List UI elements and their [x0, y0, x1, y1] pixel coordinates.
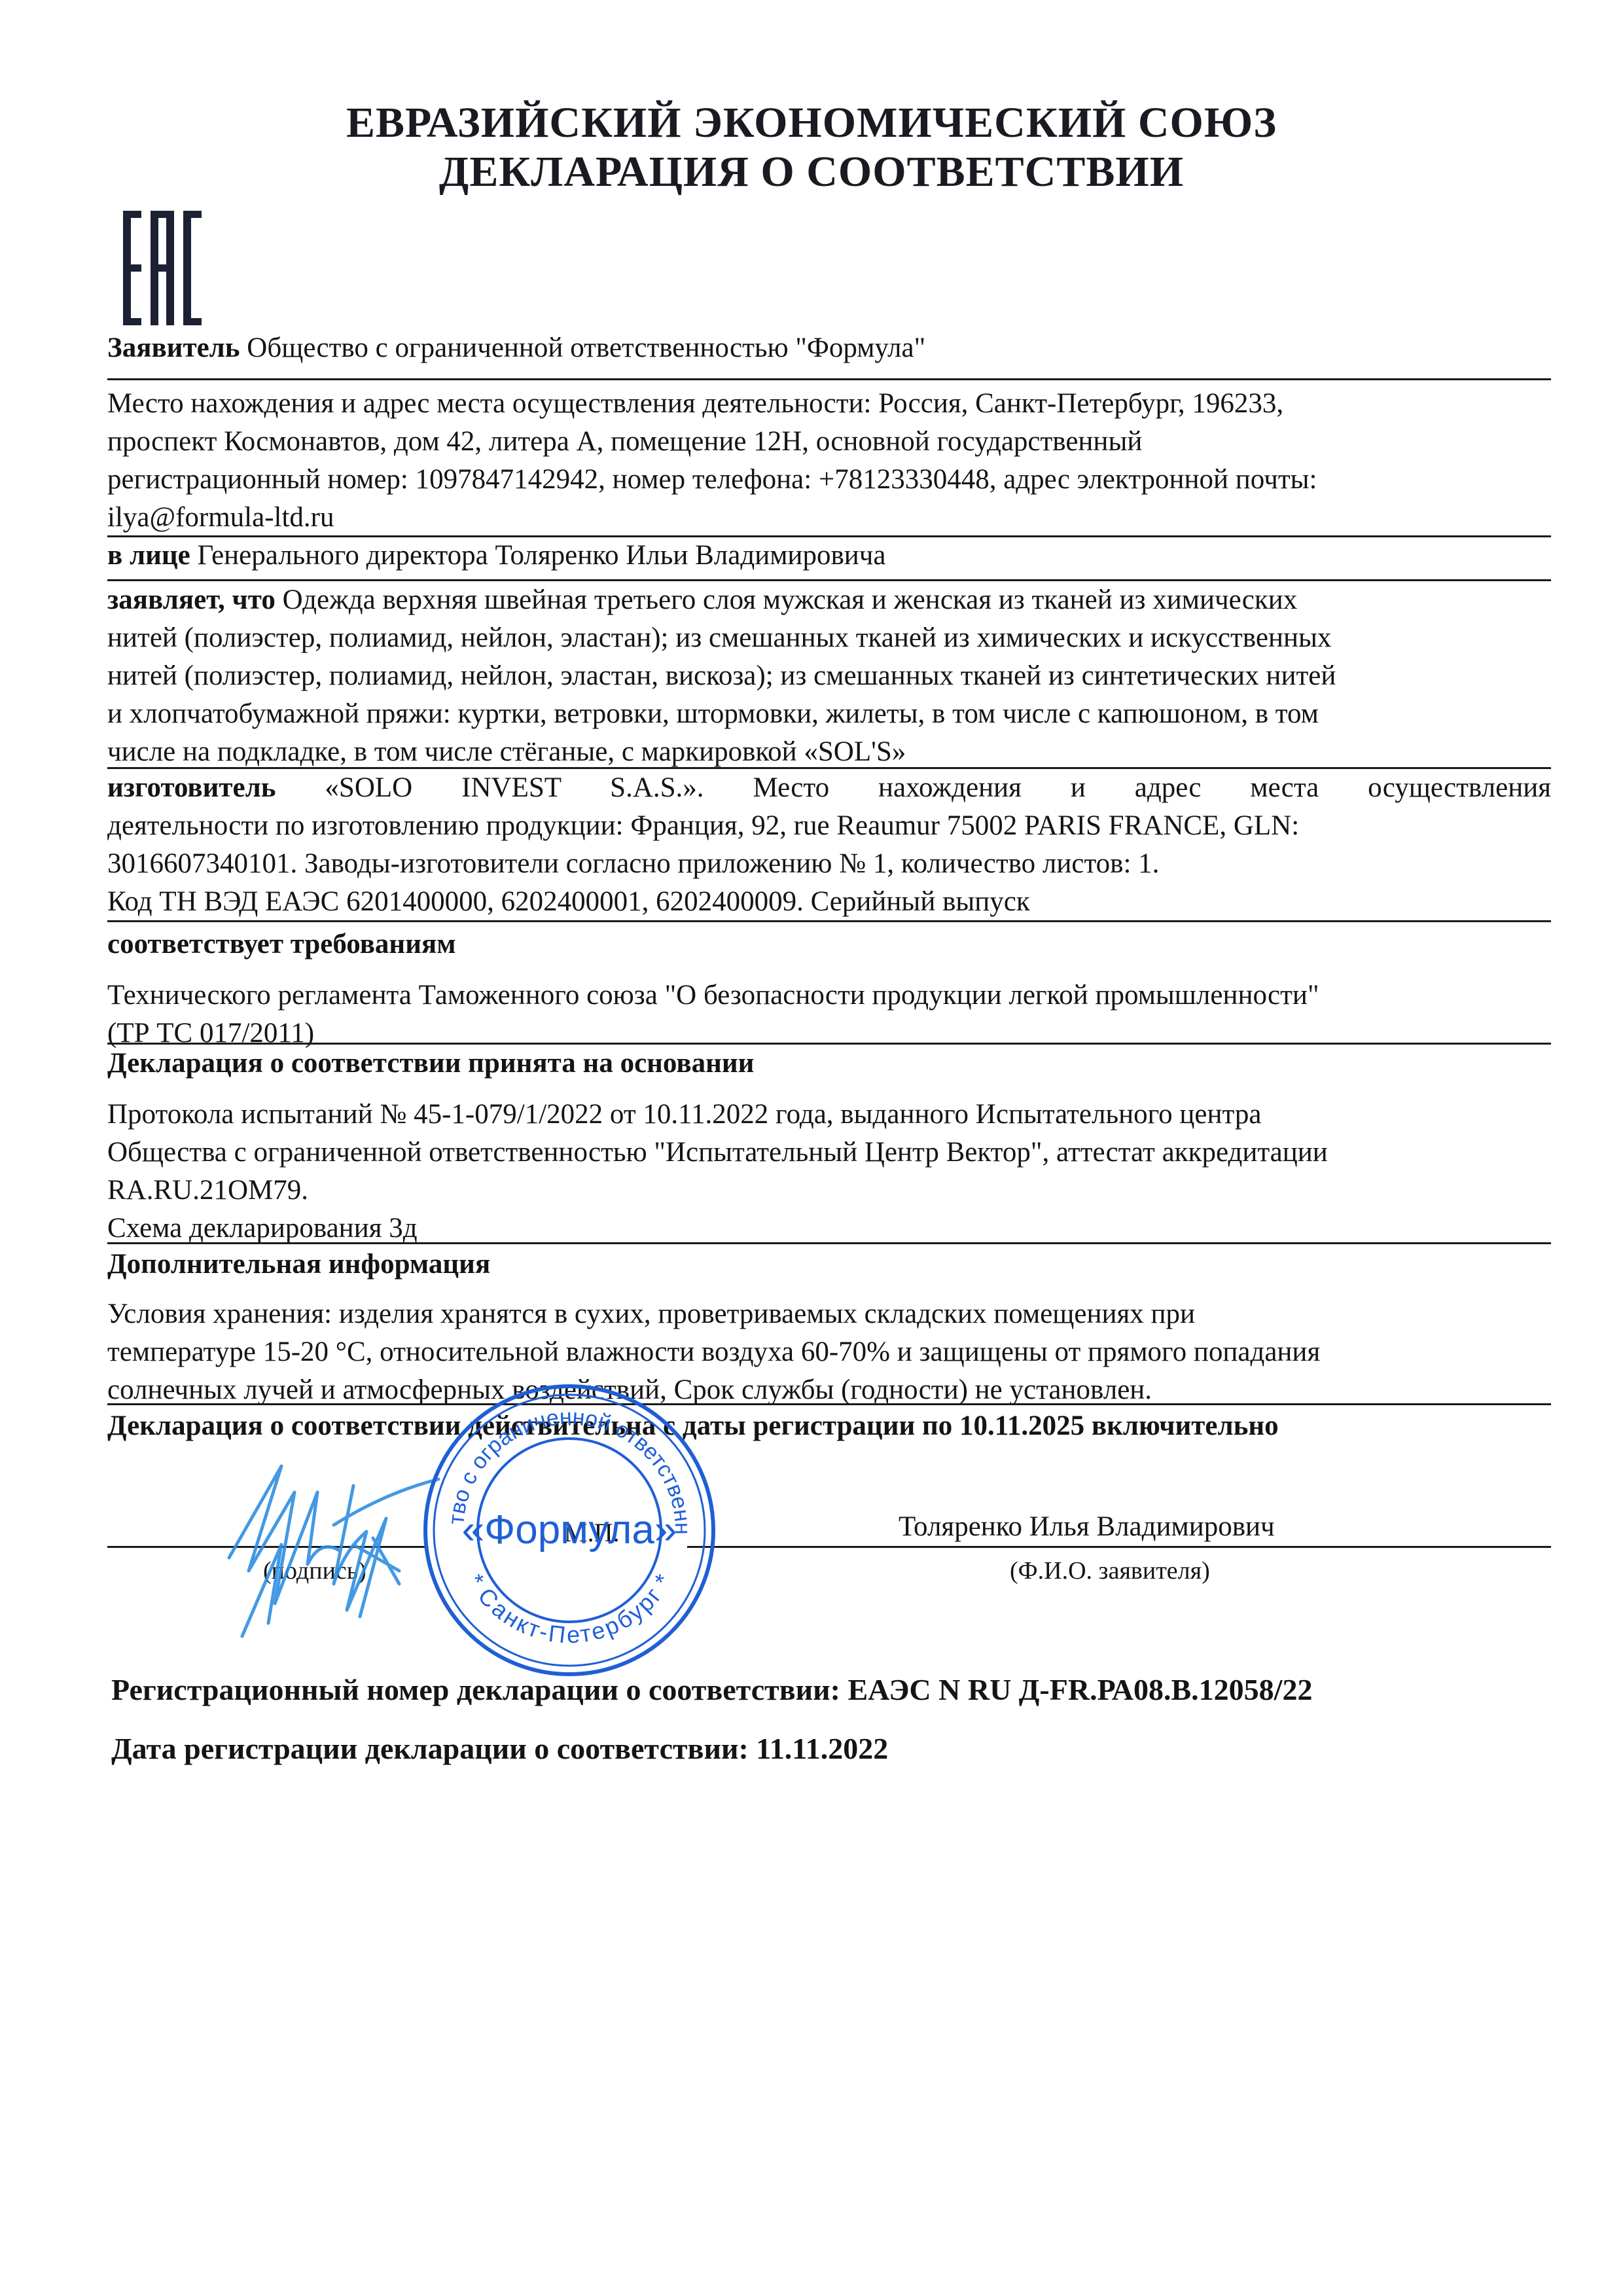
manufacturer-section: изготовитель «SOLO INVEST S.A.S.». Место… [107, 769, 1551, 921]
storage-line: температуре 15-20 °С, относительной влаж… [107, 1333, 1551, 1371]
registration-date-label: Дата регистрации декларации о соответств… [111, 1732, 756, 1765]
represented-by-value: Генерального директора Толяренко Ильи Вл… [190, 540, 886, 571]
basis-line: Общества с ограниченной ответственностью… [107, 1134, 1551, 1172]
stamp-center-text: «Формула» [462, 1507, 677, 1552]
registration-date-value: 11.11.2022 [756, 1732, 888, 1765]
registration-number-value: ЕАЭС N RU Д-FR.РА08.В.12058/22 [847, 1673, 1312, 1706]
registration-date: Дата регистрации декларации о соответств… [111, 1731, 888, 1766]
applicant-section: Заявитель Общество с ограниченной ответс… [107, 329, 1551, 367]
address-line: регистрационный номер: 1097847142942, но… [107, 461, 1551, 499]
validity-text: Декларация о соответствии действительна … [107, 1407, 1551, 1445]
applicant-label: Заявитель [107, 332, 240, 363]
product-line: числе на подкладке, в том числе стёганые… [107, 733, 1551, 771]
declares-label: заявляет, что [107, 584, 276, 615]
storage-line: Условия хранения: изделия хранятся в сух… [107, 1295, 1551, 1333]
name-caption: (Ф.И.О. заявителя) [1010, 1556, 1210, 1585]
product-line: и хлопчатобумажной пряжи: куртки, ветров… [107, 695, 1551, 733]
divider [107, 1242, 1551, 1244]
eac-logo-icon [123, 211, 202, 325]
validity-section: Декларация о соответствии действительна … [107, 1407, 1551, 1445]
manufacturer-label: изготовитель [107, 772, 276, 803]
basis-heading: Декларация о соответствии принята на осн… [107, 1045, 1551, 1083]
product-line: нитей (полиэстер, полиамид, нейлон, элас… [107, 657, 1551, 695]
hs-code-line: Код ТН ВЭД ЕАЭС 6201400000, 6202400001, … [107, 883, 1551, 921]
signer-name: Толяренко Илья Владимирович [899, 1511, 1275, 1543]
product-line: нитей (полиэстер, полиамид, нейлон, элас… [107, 619, 1551, 657]
registration-number-label: Регистрационный номер декларации о соотв… [111, 1673, 847, 1706]
represented-by-section: в лице Генерального директора Толяренко … [107, 537, 1551, 575]
divider [107, 920, 1551, 922]
divider [107, 1403, 1551, 1405]
address-line: Место нахождения и адрес места осуществл… [107, 385, 1551, 423]
manufacturer-line: деятельности по изготовлению продукции: … [107, 807, 1551, 845]
manufacturer-value: «SOLO INVEST S.A.S.». Место нахождения и… [276, 772, 1552, 803]
accreditation-line: RA.RU.21OM79. [107, 1172, 1551, 1210]
applicant-value: Общество с ограниченной ответственностью… [240, 332, 926, 363]
applicant-address: Место нахождения и адрес места осуществл… [107, 385, 1551, 537]
declaration-title: ДЕКЛАРАЦИЯ О СООТВЕТСТВИИ [0, 147, 1623, 197]
registration-number: Регистрационный номер декларации о соотв… [111, 1672, 1312, 1707]
declares-section: заявляет, что Одежда верхняя швейная тре… [107, 581, 1551, 771]
requirements-section: соответствует требованиям Технического р… [107, 925, 1551, 1052]
requirements-heading: соответствует требованиям [107, 925, 1551, 963]
company-stamp-icon: Общество с ограниченной ответственностью… [419, 1380, 720, 1681]
manufacturer-line: 3016607340101. Заводы-изготовители согла… [107, 845, 1551, 883]
basis-section: Декларация о соответствии принята на осн… [107, 1045, 1551, 1247]
name-line [687, 1546, 1551, 1548]
product-description: Одежда верхняя швейная третьего слоя муж… [276, 584, 1297, 615]
additional-section: Дополнительная информация Условия хранен… [107, 1246, 1551, 1409]
additional-heading: Дополнительная информация [107, 1246, 1551, 1283]
regulation-line: Технического регламента Таможенного союз… [107, 977, 1551, 1014]
union-title: ЕВРАЗИЙСКИЙ ЭКОНОМИЧЕСКИЙ СОЮЗ [0, 98, 1623, 148]
basis-line: Протокола испытаний № 45-1-079/1/2022 от… [107, 1096, 1551, 1134]
declaration-page: ЕВРАЗИЙСКИЙ ЭКОНОМИЧЕСКИЙ СОЮЗ ДЕКЛАРАЦИ… [0, 0, 1623, 2296]
divider [107, 378, 1551, 380]
represented-by-label: в лице [107, 540, 190, 571]
address-line: проспект Космонавтов, дом 42, литера А, … [107, 423, 1551, 461]
email-line: ilya@formula-ltd.ru [107, 499, 1551, 537]
